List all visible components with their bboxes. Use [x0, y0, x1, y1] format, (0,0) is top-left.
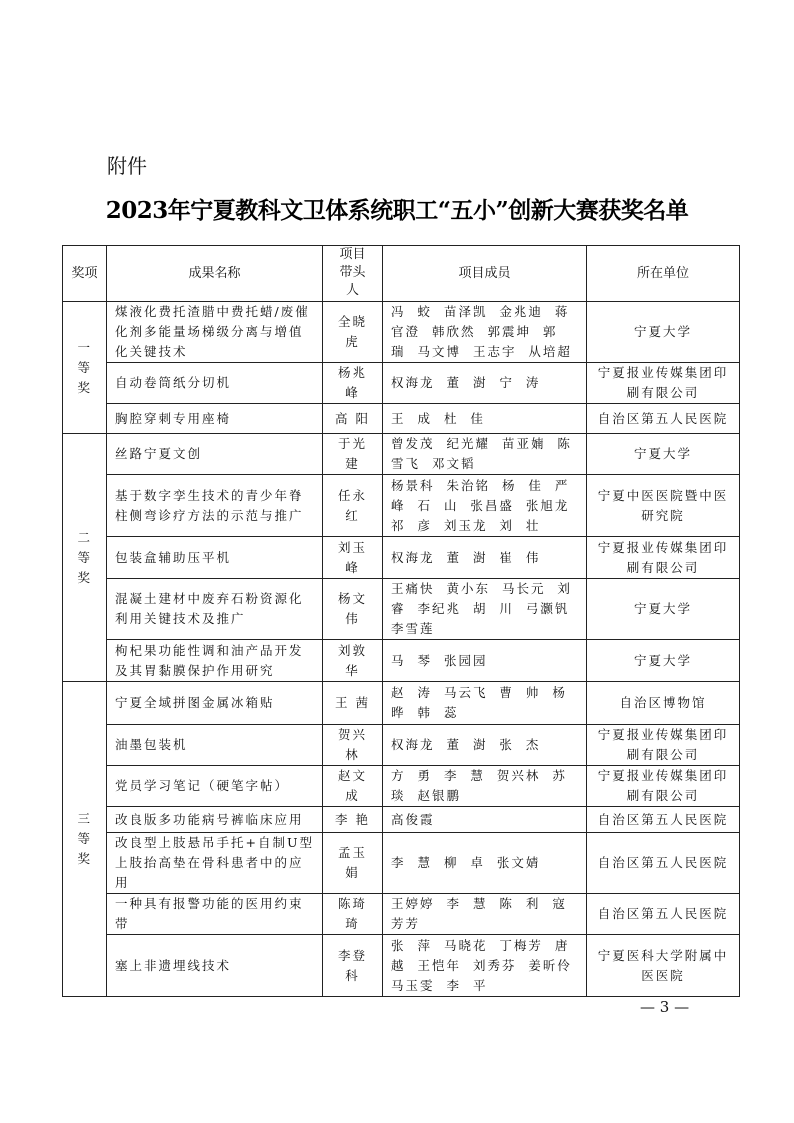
project-leader: 刘玉峰 — [323, 537, 383, 579]
table-row: 三等奖宁夏全域拼图金属冰箱贴王 茜赵 涛 马云飞 曹 帅 杨 晔 韩 蕊自治区博… — [63, 682, 740, 725]
project-members: 权海龙 董 澍 张 杰 — [383, 725, 587, 766]
project-leader: 杨文伟 — [323, 579, 383, 640]
header-award: 奖项 — [63, 246, 107, 302]
awards-table: 奖项 成果名称 项目带头人 项目成员 所在单位 一等奖煤液化费托渣腊中费托蜡/废… — [62, 245, 740, 997]
project-leader: 任永红 — [323, 475, 383, 537]
attachment-label: 附件 — [107, 150, 147, 179]
project-name: 改良型上肢悬吊手托+自制U型上肢抬高垫在骨科患者中的应用 — [107, 833, 323, 894]
award-category-label: 三等奖 — [78, 809, 92, 869]
header-project: 成果名称 — [107, 246, 323, 302]
award-category: 二等奖 — [63, 434, 107, 682]
award-category: 一等奖 — [63, 302, 107, 434]
project-name: 油墨包装机 — [107, 725, 323, 766]
table-row: 胸腔穿刺专用座椅高 阳王 成 杜 佳自治区第五人民医院 — [63, 404, 740, 434]
project-leader: 孟玉娟 — [323, 833, 383, 894]
project-members: 杨景科 朱治铭 杨 佳 严 峰 石 山 张昌盛 张旭龙 祁 彦 刘玉龙 刘 壮 — [383, 475, 587, 537]
project-leader: 王 茜 — [323, 682, 383, 725]
project-leader: 刘敦华 — [323, 640, 383, 682]
project-leader: 赵文成 — [323, 766, 383, 807]
project-unit: 自治区第五人民医院 — [587, 833, 740, 894]
table-row: 二等奖丝路宁夏文创于光建曾发茂 纪光耀 苗亚婻 陈雪飞 邓文韬宁夏大学 — [63, 434, 740, 475]
project-leader: 杨兆峰 — [323, 363, 383, 404]
table-row: 油墨包装机贺兴林权海龙 董 澍 张 杰宁夏报业传媒集团印刷有限公司 — [63, 725, 740, 766]
project-leader: 李 艳 — [323, 807, 383, 833]
project-members: 赵 涛 马云飞 曹 帅 杨 晔 韩 蕊 — [383, 682, 587, 725]
project-unit: 宁夏大学 — [587, 579, 740, 640]
project-unit: 自治区第五人民医院 — [587, 404, 740, 434]
project-unit: 宁夏大学 — [587, 302, 740, 363]
project-members: 冯 蛟 苗泽凯 金兆迪 蒋官澄 韩欣然 郭震坤 郭 瑞 马文博 王志宇 从培超 — [383, 302, 587, 363]
table-row: 混凝土建材中废弃石粉资源化利用关键技术及推广杨文伟王痛快 黄小东 马长元 刘 睿… — [63, 579, 740, 640]
project-unit: 自治区博物馆 — [587, 682, 740, 725]
project-members: 方 勇 李 慧 贺兴林 苏 琰 赵银鹏 — [383, 766, 587, 807]
award-category: 三等奖 — [63, 682, 107, 997]
project-name: 自动卷筒纸分切机 — [107, 363, 323, 404]
project-unit: 宁夏报业传媒集团印刷有限公司 — [587, 766, 740, 807]
table-row: 改良型上肢悬吊手托+自制U型上肢抬高垫在骨科患者中的应用孟玉娟李 慧 柳 卓 张… — [63, 833, 740, 894]
project-unit: 宁夏中医医院暨中医研究院 — [587, 475, 740, 537]
project-members: 王婷婷 李 慧 陈 利 寇芳芳 — [383, 894, 587, 935]
table-row: 枸杞果功能性调和油产品开发及其胃黏膜保护作用研究刘敦华马 琴 张园园宁夏大学 — [63, 640, 740, 682]
project-name: 枸杞果功能性调和油产品开发及其胃黏膜保护作用研究 — [107, 640, 323, 682]
project-leader: 贺兴林 — [323, 725, 383, 766]
project-unit: 宁夏大学 — [587, 640, 740, 682]
table-row: 自动卷筒纸分切机杨兆峰权海龙 董 澍 宁 涛宁夏报业传媒集团印刷有限公司 — [63, 363, 740, 404]
project-members: 张 萍 马晓花 丁梅芳 唐 越 王恺年 刘秀芬 姜昕伶 马玉雯 李 平 — [383, 935, 587, 997]
project-name: 混凝土建材中废弃石粉资源化利用关键技术及推广 — [107, 579, 323, 640]
project-unit: 宁夏报业传媒集团印刷有限公司 — [587, 363, 740, 404]
table-row: 改良版多功能病号裤临床应用李 艳高俊霞自治区第五人民医院 — [63, 807, 740, 833]
header-leader-text: 项目带头人 — [338, 246, 368, 300]
award-category-label: 一等奖 — [78, 338, 92, 398]
page-number: — 3 — — [640, 998, 689, 1016]
project-unit: 宁夏大学 — [587, 434, 740, 475]
project-leader: 陈琦琦 — [323, 894, 383, 935]
table-row: 包装盒辅助压平机刘玉峰权海龙 董 澍 崔 伟宁夏报业传媒集团印刷有限公司 — [63, 537, 740, 579]
project-name: 宁夏全域拼图金属冰箱贴 — [107, 682, 323, 725]
header-unit: 所在单位 — [587, 246, 740, 302]
project-name: 胸腔穿刺专用座椅 — [107, 404, 323, 434]
project-leader: 于光建 — [323, 434, 383, 475]
project-leader: 高 阳 — [323, 404, 383, 434]
project-unit: 宁夏医科大学附属中医医院 — [587, 935, 740, 997]
document-title: 2023年宁夏教科文卫体系统职工“五小”创新大赛获奖名单 — [0, 192, 794, 225]
project-unit: 自治区第五人民医院 — [587, 894, 740, 935]
project-leader: 全晓虎 — [323, 302, 383, 363]
project-unit: 宁夏报业传媒集团印刷有限公司 — [587, 725, 740, 766]
table-row: 一种具有报警功能的医用约束带陈琦琦王婷婷 李 慧 陈 利 寇芳芳自治区第五人民医… — [63, 894, 740, 935]
project-leader: 李登科 — [323, 935, 383, 997]
project-members: 权海龙 董 澍 崔 伟 — [383, 537, 587, 579]
project-unit: 自治区第五人民医院 — [587, 807, 740, 833]
project-members: 权海龙 董 澍 宁 涛 — [383, 363, 587, 404]
header-members: 项目成员 — [383, 246, 587, 302]
project-members: 王痛快 黄小东 马长元 刘 睿 李纪兆 胡 川 弓灏钒 李雪莲 — [383, 579, 587, 640]
project-name: 一种具有报警功能的医用约束带 — [107, 894, 323, 935]
project-name: 党员学习笔记（硬笔字帖） — [107, 766, 323, 807]
project-members: 马 琴 张园园 — [383, 640, 587, 682]
table-body: 一等奖煤液化费托渣腊中费托蜡/废催化剂多能量场梯级分离与增值化关键技术全晓虎冯 … — [63, 302, 740, 997]
project-name: 丝路宁夏文创 — [107, 434, 323, 475]
table-header-row: 奖项 成果名称 项目带头人 项目成员 所在单位 — [63, 246, 740, 302]
award-category-label: 二等奖 — [78, 528, 92, 588]
project-name: 改良版多功能病号裤临床应用 — [107, 807, 323, 833]
project-members: 高俊霞 — [383, 807, 587, 833]
project-members: 王 成 杜 佳 — [383, 404, 587, 434]
project-name: 包装盒辅助压平机 — [107, 537, 323, 579]
table-row: 塞上非遗埋线技术李登科张 萍 马晓花 丁梅芳 唐 越 王恺年 刘秀芬 姜昕伶 马… — [63, 935, 740, 997]
project-members: 曾发茂 纪光耀 苗亚婻 陈雪飞 邓文韬 — [383, 434, 587, 475]
header-leader: 项目带头人 — [323, 246, 383, 302]
project-name: 煤液化费托渣腊中费托蜡/废催化剂多能量场梯级分离与增值化关键技术 — [107, 302, 323, 363]
project-name: 基于数字孪生技术的青少年脊柱侧弯诊疗方法的示范与推广 — [107, 475, 323, 537]
table-row: 基于数字孪生技术的青少年脊柱侧弯诊疗方法的示范与推广任永红杨景科 朱治铭 杨 佳… — [63, 475, 740, 537]
table-row: 党员学习笔记（硬笔字帖）赵文成方 勇 李 慧 贺兴林 苏 琰 赵银鹏宁夏报业传媒… — [63, 766, 740, 807]
project-unit: 宁夏报业传媒集团印刷有限公司 — [587, 537, 740, 579]
project-name: 塞上非遗埋线技术 — [107, 935, 323, 997]
table-row: 一等奖煤液化费托渣腊中费托蜡/废催化剂多能量场梯级分离与增值化关键技术全晓虎冯 … — [63, 302, 740, 363]
project-members: 李 慧 柳 卓 张文婧 — [383, 833, 587, 894]
